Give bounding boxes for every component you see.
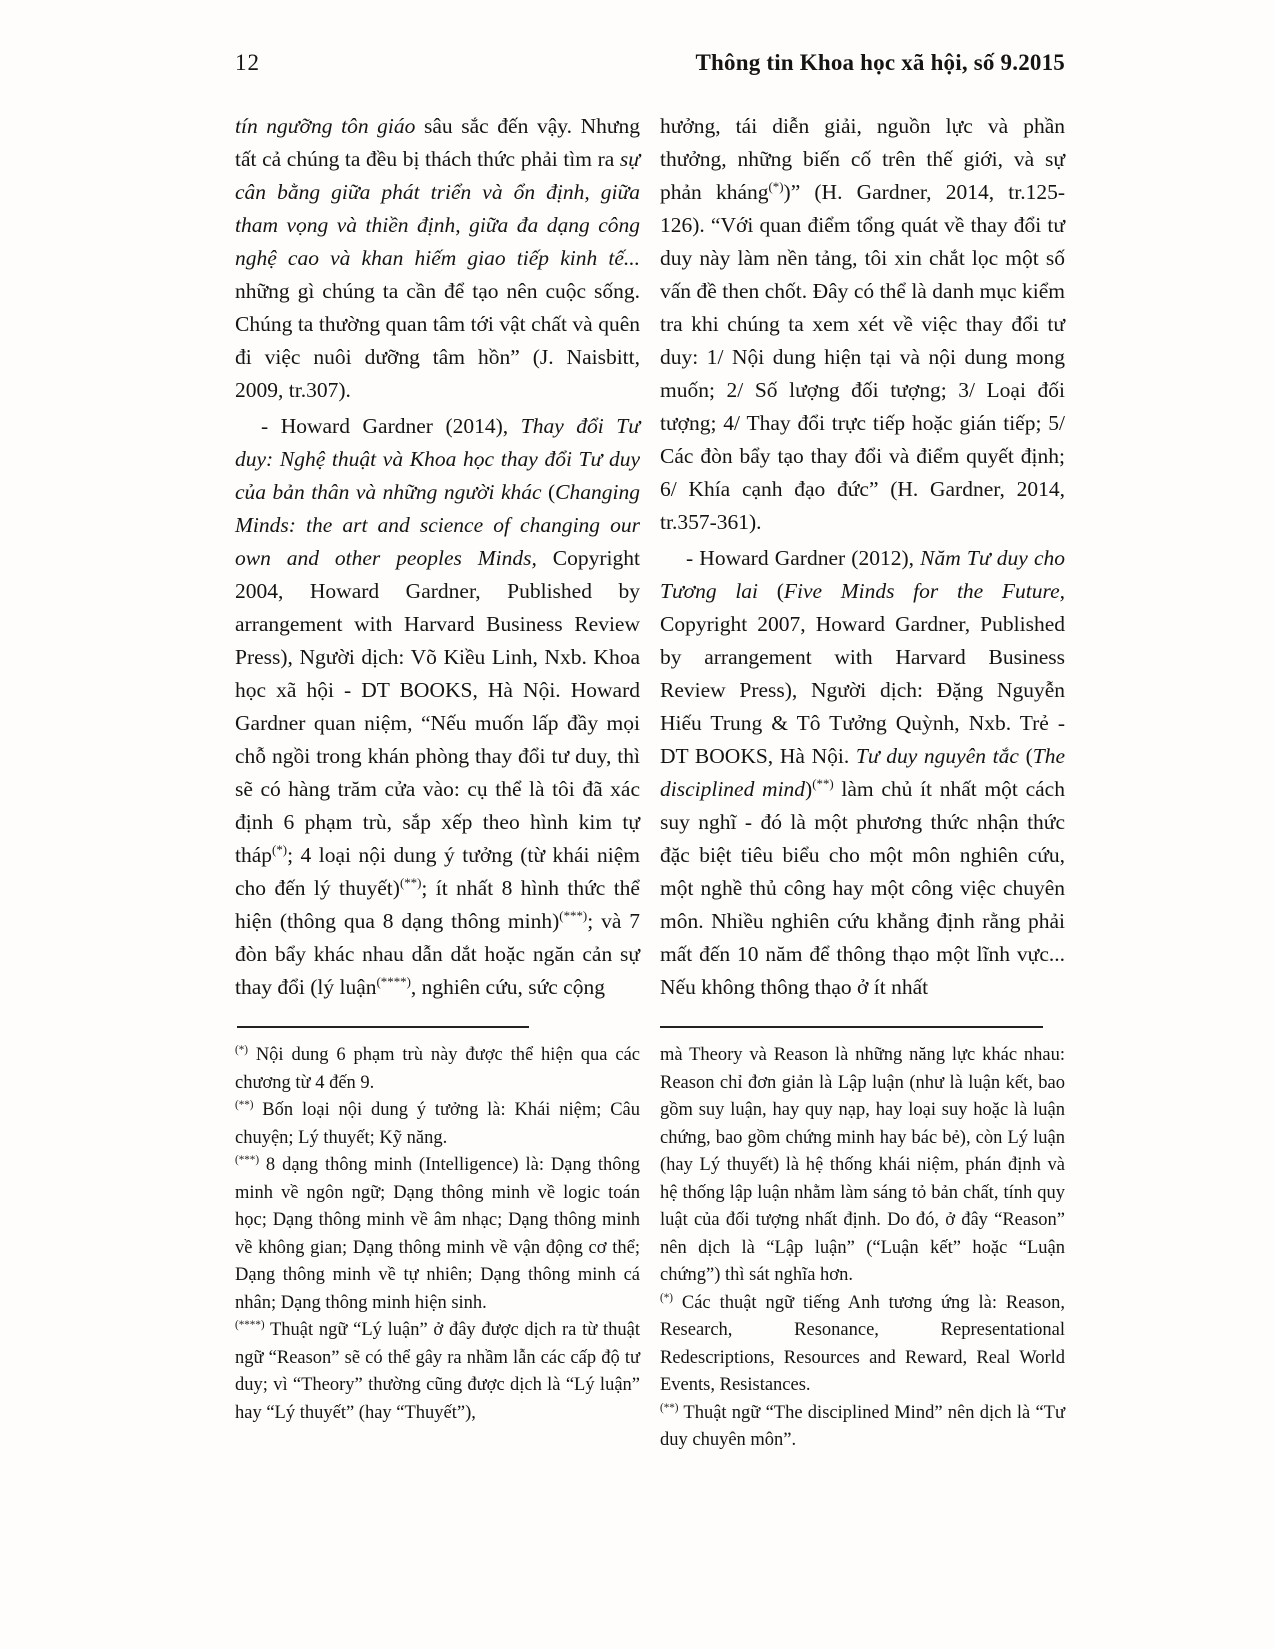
footnote-marker: (**)	[400, 876, 421, 890]
page-number: 12	[235, 50, 260, 76]
text-run: Five Minds for the Future,	[784, 579, 1065, 603]
paragraph: hưởng, tái diễn giải, nguồn lực và phần …	[660, 110, 1065, 539]
text-run: )” (H. Gardner, 2014, tr.125-126). “Với …	[660, 180, 1065, 534]
footnote-marker: (****)	[235, 1319, 265, 1331]
journal-title: Thông tin Khoa học xã hội, số 9.2015	[695, 50, 1065, 76]
paragraph: (****) Thuật ngữ “Lý luận” ở đây được dị…	[235, 1317, 640, 1427]
paragraph: (**) Bốn loại nội dung ý tưởng là: Khái …	[235, 1097, 640, 1152]
footnote-separator-left	[237, 1026, 529, 1028]
paragraph: (*) Nội dung 6 phạm trù này được thể hiệ…	[235, 1042, 640, 1097]
body-text-right: hưởng, tái diễn giải, nguồn lực và phần …	[660, 110, 1065, 1004]
text-run: - Howard Gardner (2014),	[261, 414, 521, 438]
footnote-marker: (**)	[660, 1401, 678, 1413]
footnote-marker: (**)	[235, 1099, 253, 1111]
footnotes-left: (*) Nội dung 6 phạm trù này được thể hiệ…	[235, 1042, 640, 1427]
text-run: 8 dạng thông minh (Intelligence) là: Dạn…	[235, 1155, 640, 1313]
paragraph: - Howard Gardner (2014), Thay đổi Tư duy…	[235, 410, 640, 1004]
footnote-marker: (****)	[377, 975, 411, 989]
document-page: 12 Thông tin Khoa học xã hội, số 9.2015 …	[0, 0, 1274, 1649]
footnote-marker: (***)	[559, 909, 587, 923]
paragraph: mà Theory và Reason là những năng lực kh…	[660, 1042, 1065, 1290]
page-header: 12 Thông tin Khoa học xã hội, số 9.2015	[235, 50, 1065, 76]
text-run: Thuật ngữ “Lý luận” ở đây được dịch ra t…	[235, 1320, 640, 1423]
text-run: - Howard Gardner (2012),	[686, 546, 920, 570]
paragraph: - Howard Gardner (2012), Năm Tư duy cho …	[660, 542, 1065, 1004]
footnote-marker: (*)	[769, 180, 784, 194]
text-run: những gì chúng ta cần để tạo nên cuộc số…	[235, 279, 640, 402]
body-text-left: tín ngưỡng tôn giáo sâu sắc đến vậy. Như…	[235, 110, 640, 1004]
footnote-marker: (**)	[812, 777, 833, 791]
text-run: tín ngưỡng tôn giáo	[235, 114, 424, 138]
footnote-marker: (*)	[272, 843, 287, 857]
text-run: (	[1026, 744, 1033, 768]
footnote-marker: (***)	[235, 1154, 259, 1166]
text-run: Nội dung 6 phạm trù này được thể hiện qu…	[235, 1045, 640, 1093]
text-run: mà Theory và Reason là những năng lực kh…	[660, 1045, 1065, 1285]
footnote-separator-right	[660, 1026, 1043, 1028]
text-run: Tư duy nguyên tắc	[856, 744, 1026, 768]
column-right: hưởng, tái diễn giải, nguồn lực và phần …	[660, 110, 1065, 1455]
text-run: Các thuật ngữ tiếng Anh tương ứng là: Re…	[660, 1293, 1065, 1396]
text-run: Thuật ngữ “The disciplined Mind” nên dịc…	[660, 1403, 1065, 1451]
two-column-layout: tín ngưỡng tôn giáo sâu sắc đến vậy. Như…	[235, 110, 1065, 1455]
paragraph: tín ngưỡng tôn giáo sâu sắc đến vậy. Như…	[235, 110, 640, 407]
paragraph: (*) Các thuật ngữ tiếng Anh tương ứng là…	[660, 1290, 1065, 1400]
footnote-marker: (*)	[660, 1291, 673, 1303]
text-run: Bốn loại nội dung ý tưởng là: Khái niệm;…	[235, 1100, 640, 1148]
text-run: làm chủ ít nhất một cách suy nghĩ - đó l…	[660, 777, 1065, 999]
text-run: Copyright 2004, Howard Gardner, Publishe…	[235, 546, 640, 867]
text-run: (	[777, 579, 784, 603]
text-run: , nghiên cứu, sức cộng	[411, 975, 605, 999]
column-left: tín ngưỡng tôn giáo sâu sắc đến vậy. Như…	[235, 110, 640, 1455]
paragraph: (***) 8 dạng thông minh (Intelligence) l…	[235, 1152, 640, 1317]
footnotes-right: mà Theory và Reason là những năng lực kh…	[660, 1042, 1065, 1455]
footnote-marker: (*)	[235, 1044, 248, 1056]
paragraph: (**) Thuật ngữ “The disciplined Mind” nê…	[660, 1400, 1065, 1455]
